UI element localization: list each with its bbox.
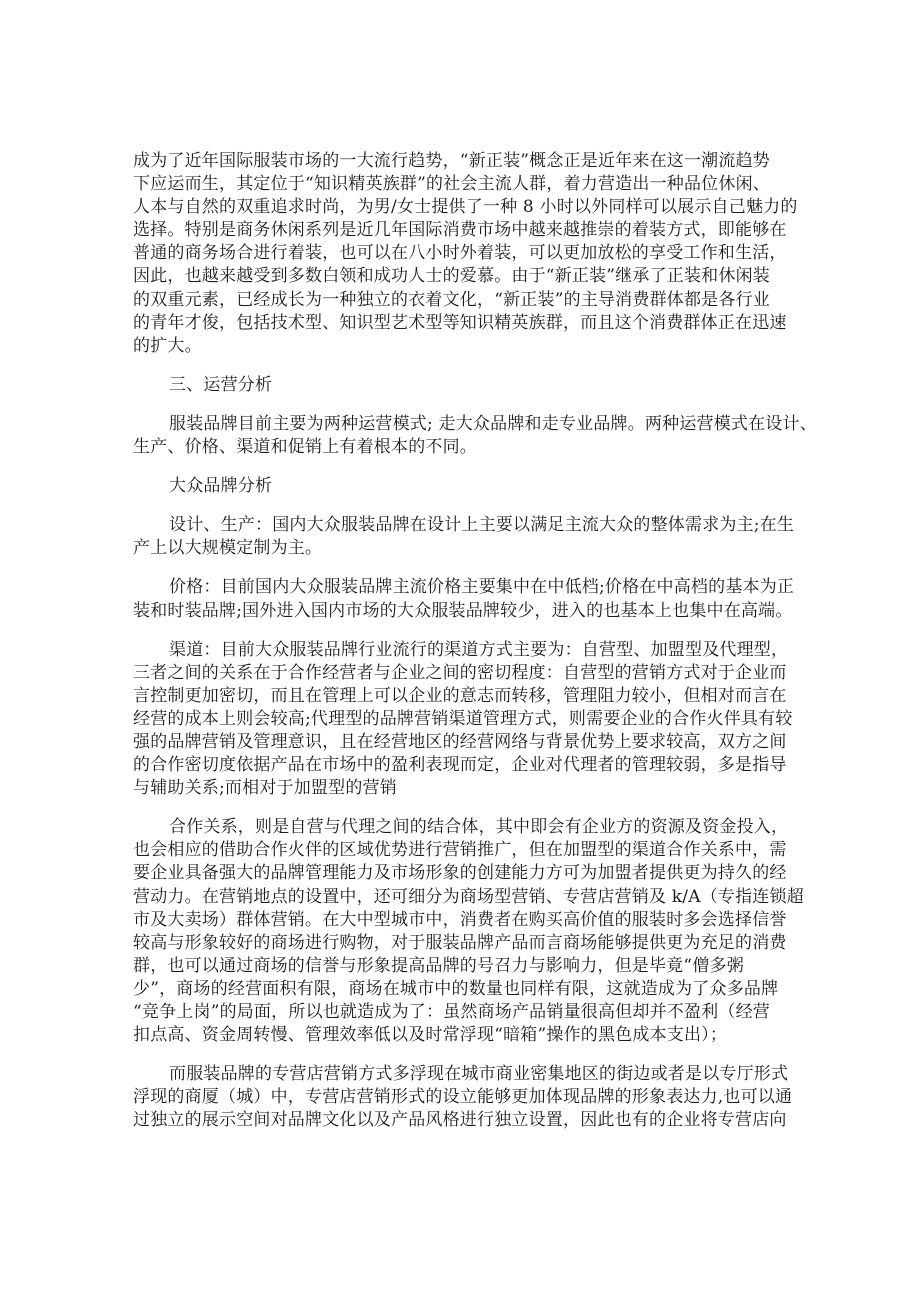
- text-line: 下应运而生，其定位于“知识精英族群”的社会主流人群，着力营造出一种品位休闲、: [133, 173, 798, 196]
- text-line: 扣点高、资金周转慢、管理效率低以及时常浮现“暗箱”操作的黑色成本支出）；: [133, 1024, 798, 1047]
- text-line: 渠道：目前大众服装品牌行业流行的渠道方式主要为：自营型、加盟型及代理型，: [133, 639, 798, 662]
- text-line: 的扩大。: [133, 335, 798, 358]
- text-line: 的青年才俊，包括技术型、知识型艺术型等知识精英族群，而且这个消费群体正在迅速: [133, 312, 798, 335]
- paragraph: 服装品牌目前主要为两种运营模式; 走大众品牌和走专业品牌。两种运营模式在设计、生…: [133, 413, 798, 459]
- text-line: 大众品牌分析: [133, 475, 798, 498]
- text-line: 群，也可以通过商场的信誉与形象提高品牌的号召力与影响力，但是毕竟“僧多粥: [133, 955, 798, 978]
- section-heading: 三、运营分析: [133, 374, 798, 397]
- text-line: 浮现的商厦（城）中，专营店营销形式的设立能够更加体现品牌的形象表达力,也可以通: [133, 1086, 798, 1109]
- text-line: 的合作密切度依据产品在市场中的盈利表现而定，企业对代理者的管理较弱，多是指导: [133, 754, 798, 777]
- text-line: 而服装品牌的专营店营销方式多浮现在城市商业密集地区的街边或者是以专厅形式: [133, 1063, 798, 1086]
- text-line: 市及大卖场）群体营销。在大中型城市中，消费者在购买高价值的服装时多会选择信誉: [133, 909, 798, 932]
- text-line: 言控制更加密切，而且在管理上可以企业的意志而转移，管理阻力较小，但相对而言在: [133, 685, 798, 708]
- text-line: 的双重元素，已经成长为一种独立的衣着文化，“新正装”的主导消费群体都是各行业: [133, 289, 798, 312]
- text-line: 强的品牌营销及管理意识，且在经营地区的经营网络与背景优势上要求较高，双方之间: [133, 731, 798, 754]
- text-line: 装和时装品牌;国外进入国内市场的大众服装品牌较少，进入的也基本上也集中在高端。: [133, 600, 798, 623]
- text-line: 人本与自然的双重追求时尚，为男/女士提供了一种 8 小时以外同样可以展示自己魅力…: [133, 196, 798, 219]
- document-body: 成为了近年国际服装市场的一大流行趋势，“新正装”概念正是近年来在这一潮流趋势下应…: [133, 150, 798, 1148]
- text-line: 营动力。在营销地点的设置中，还可细分为商场型营销、专营店营销及 k/A（专指连锁…: [133, 886, 798, 909]
- text-line: “竞争上岗”的局面，所以也就造成为了：虽然商场产品销量很高但却并不盈利（经营: [133, 1001, 798, 1024]
- text-line: 三者之间的关系在于合作经营者与企业之间的密切程度：自营型的营销方式对于企业而: [133, 662, 798, 685]
- paragraph: 设计、生产：国内大众服装品牌在设计上主要以满足主流大众的整体需求为主;在生产上以…: [133, 514, 798, 560]
- text-line: 三、运营分析: [133, 374, 798, 397]
- text-line: 较高与形象较好的商场进行购物，对于服装品牌产品而言商场能够提供更为充足的消费: [133, 932, 798, 955]
- paragraph: 价格：目前国内大众服装品牌主流价格主要集中在中低档;价格在中高档的基本为正装和时…: [133, 576, 798, 622]
- paragraph: 渠道：目前大众服装品牌行业流行的渠道方式主要为：自营型、加盟型及代理型，三者之间…: [133, 639, 798, 801]
- text-line: 合作关系，则是自营与代理之间的结合体，其中即会有企业方的资源及资金投入，: [133, 816, 798, 839]
- text-line: 少”，商场的经营面积有限，商场在城市中的数量也同样有限，这就造成为了众多品牌: [133, 978, 798, 1001]
- paragraph: 合作关系，则是自营与代理之间的结合体，其中即会有企业方的资源及资金投入，也会相应…: [133, 816, 798, 1047]
- text-line: 要企业具备强大的品牌管理能力及市场形象的创建能力方可为加盟者提供更为持久的经: [133, 862, 798, 885]
- paragraph: 而服装品牌的专营店营销方式多浮现在城市商业密集地区的街边或者是以专厅形式浮现的商…: [133, 1063, 798, 1132]
- text-line: 也会相应的借助合作火伴的区域优势进行营销推广，但在加盟型的渠道合作关系中，需: [133, 839, 798, 862]
- text-line: 普通的商务场合进行着装，也可以在八小时外着装，可以更加放松的享受工作和生活，: [133, 242, 798, 265]
- text-line: 与辅助关系;而相对于加盟型的营销: [133, 777, 798, 800]
- text-line: 经营的成本上则会较高;代理型的品牌营销渠道管理方式，则需要企业的合作火伴具有较: [133, 708, 798, 731]
- text-line: 产上以大规模定制为主。: [133, 537, 798, 560]
- text-line: 因此，也越来越受到多数白领和成功人士的爱慕。由于“新正装”继承了正装和休闲装: [133, 265, 798, 288]
- section-heading: 大众品牌分析: [133, 475, 798, 498]
- text-line: 选择。特别是商务休闲系列是近几年国际消费市场中越来越推崇的着装方式，即能够在: [133, 219, 798, 242]
- text-line: 成为了近年国际服装市场的一大流行趋势，“新正装”概念正是近年来在这一潮流趋势: [133, 150, 798, 173]
- paragraph: 成为了近年国际服装市场的一大流行趋势，“新正装”概念正是近年来在这一潮流趋势下应…: [133, 150, 798, 358]
- text-line: 生产、价格、渠道和促销上有着根本的不同。: [133, 436, 798, 459]
- document-page: 成为了近年国际服装市场的一大流行趋势，“新正装”概念正是近年来在这一潮流趋势下应…: [0, 0, 920, 1301]
- text-line: 服装品牌目前主要为两种运营模式; 走大众品牌和走专业品牌。两种运营模式在设计、: [133, 413, 798, 436]
- text-line: 过独立的展示空间对品牌文化以及产品风格进行独立设置，因此也有的企业将专营店向: [133, 1109, 798, 1132]
- text-line: 设计、生产：国内大众服装品牌在设计上主要以满足主流大众的整体需求为主;在生: [133, 514, 798, 537]
- text-line: 价格：目前国内大众服装品牌主流价格主要集中在中低档;价格在中高档的基本为正: [133, 576, 798, 599]
